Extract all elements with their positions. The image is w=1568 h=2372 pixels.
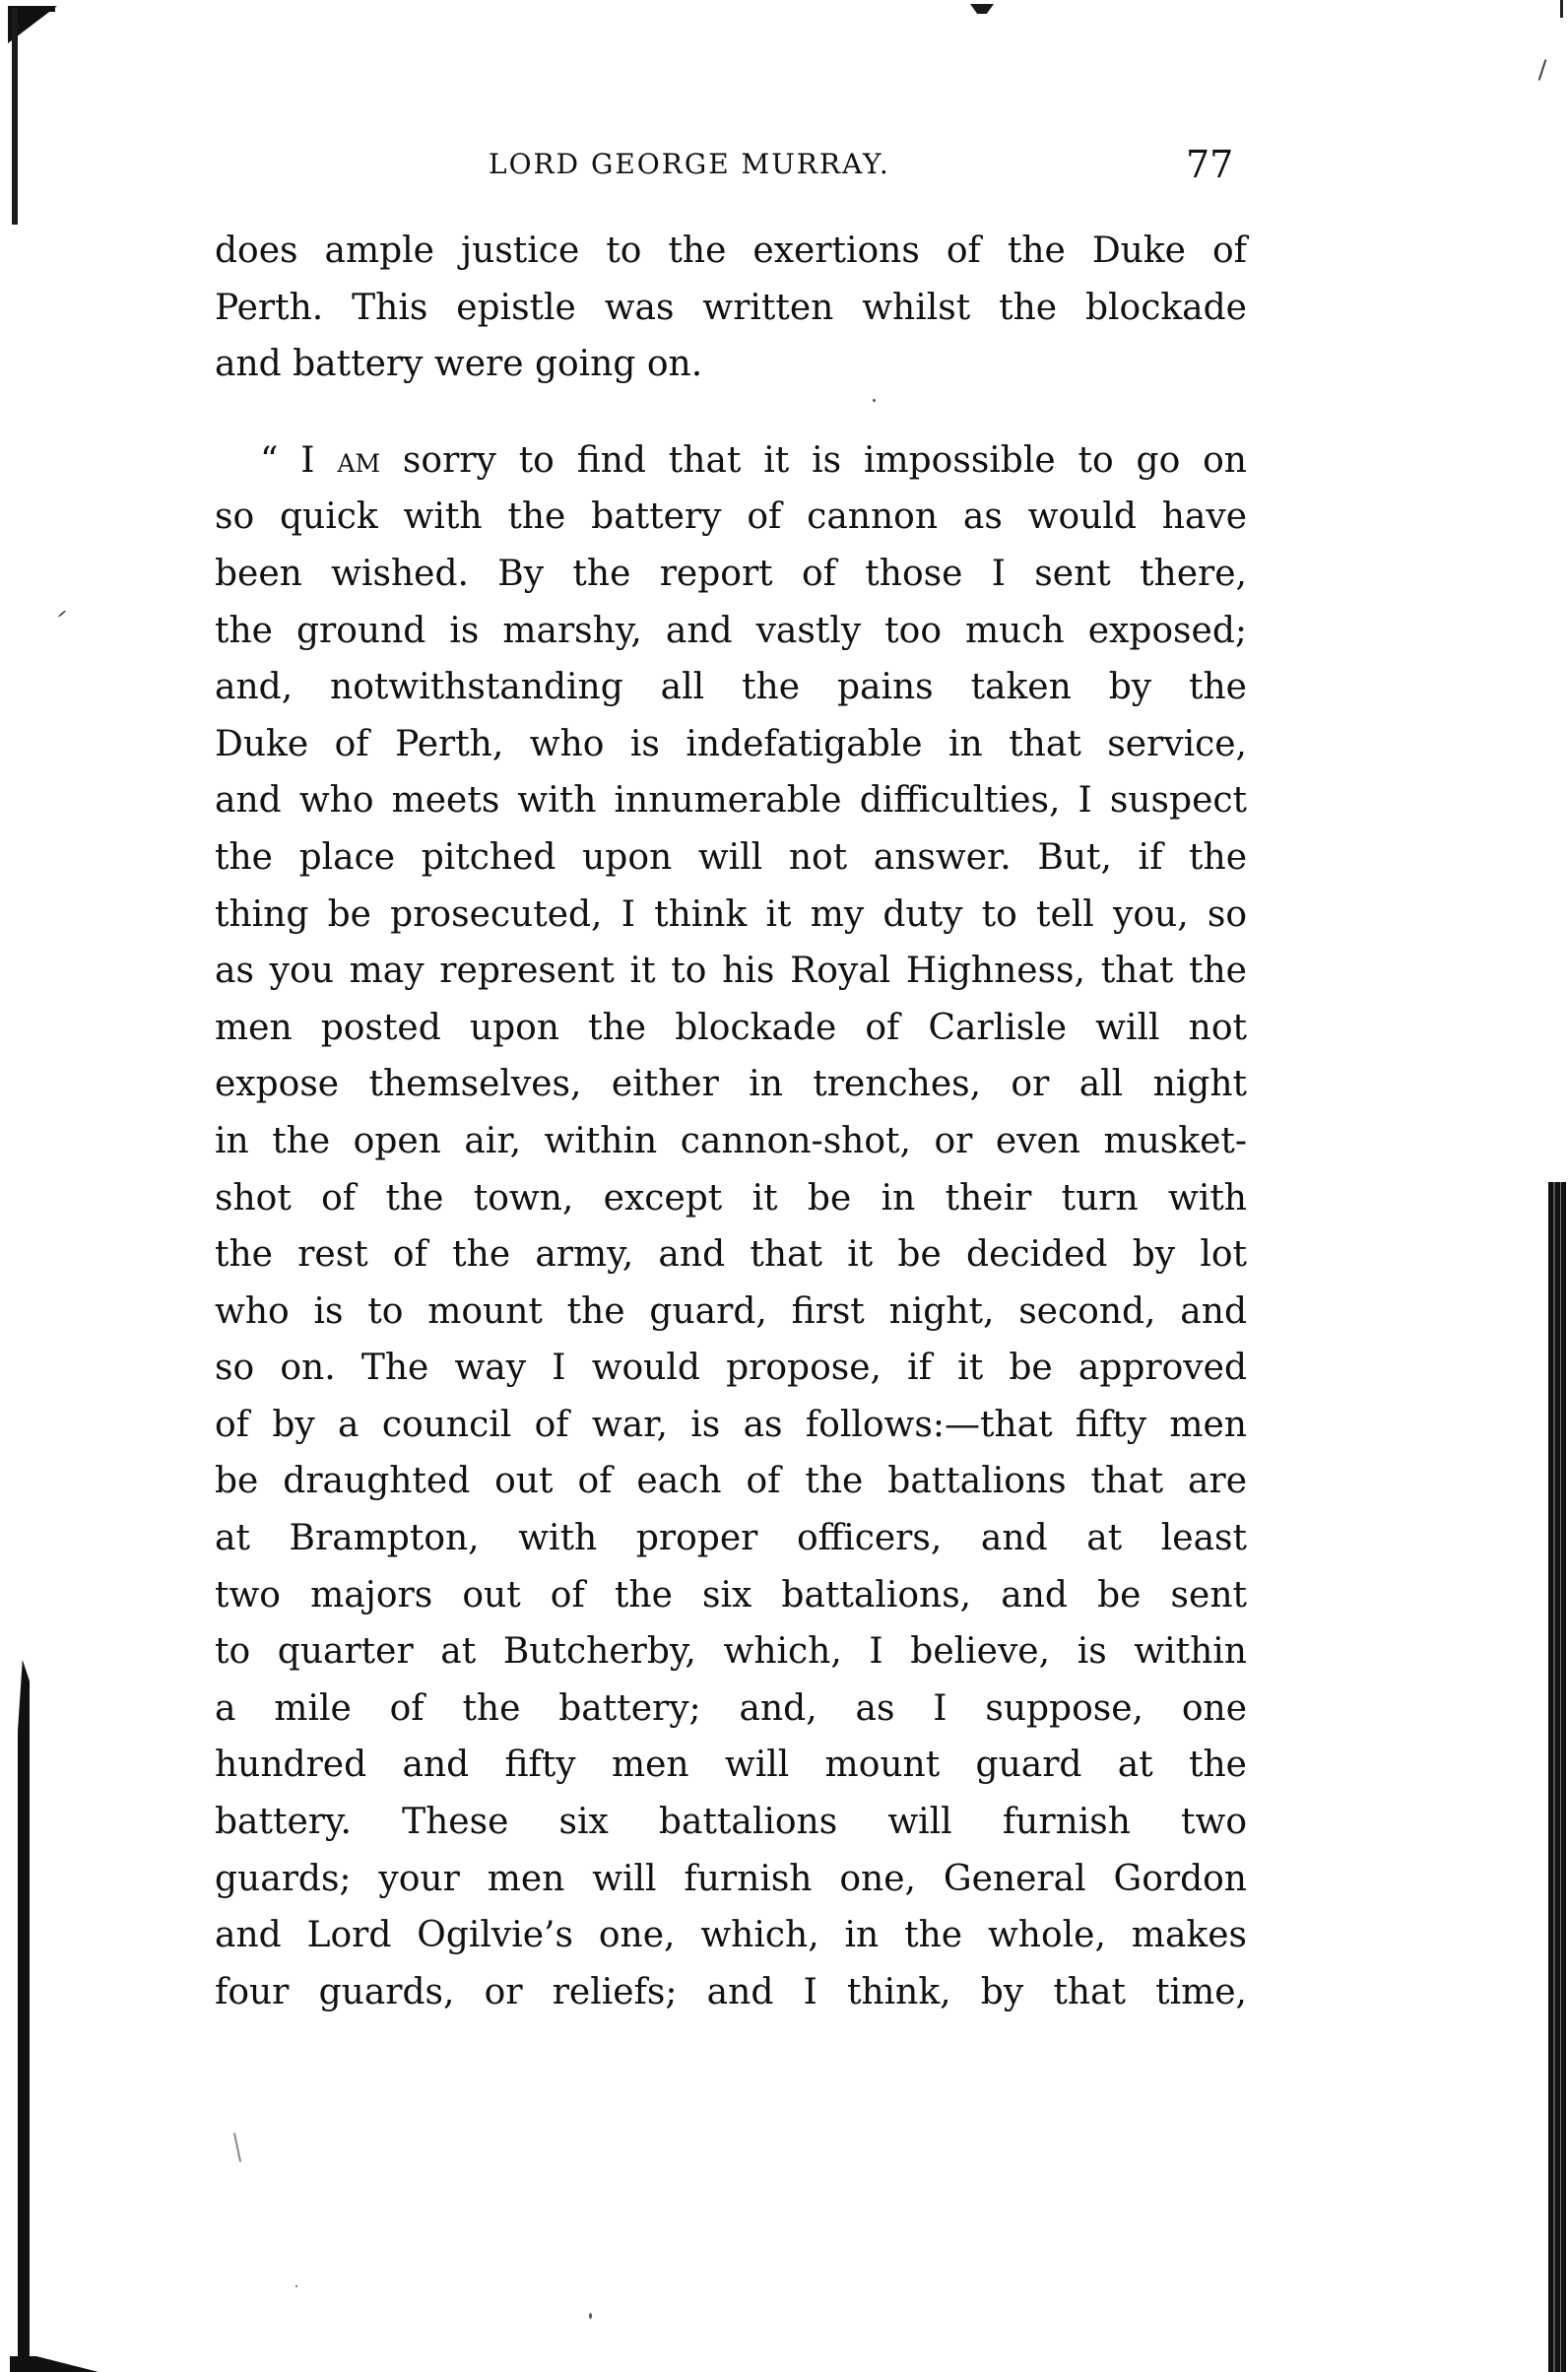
text-line: be draughted out of each of the battalio… <box>215 1453 1247 1510</box>
text-line: Perth. This epistle was written whilst t… <box>215 280 1247 337</box>
text-line: four guards, or reliefs; and I think, by… <box>215 1964 1247 2021</box>
text-line: in the open air, within cannon-shot, or … <box>215 1113 1247 1170</box>
text-line: so quick with the battery of cannon as w… <box>215 489 1247 546</box>
text-line: of by a council of war, is as follows:—t… <box>215 1397 1247 1454</box>
scan-mark-artifact <box>970 4 994 14</box>
page-number: 77 <box>1186 143 1233 186</box>
text-line: battery. These six battalions will furni… <box>215 1794 1247 1851</box>
text-line: Duke of Perth, who is indefatigable in t… <box>215 716 1247 773</box>
text-line: hundred and fifty men will mount guard a… <box>215 1737 1247 1794</box>
scan-corner-artifact <box>10 2356 98 2372</box>
opening-word-smallcaps: am <box>337 440 380 481</box>
text-line: two majors out of the six battalions, an… <box>215 1567 1247 1624</box>
text-line: a mile of the battery; and, as I suppose… <box>215 1680 1247 1738</box>
text-line: at Brampton, with proper officers, and a… <box>215 1510 1247 1567</box>
scan-speck <box>233 2133 241 2162</box>
quoted-letter-paragraph: “ I am sorry to find that it is impossib… <box>215 432 1247 2021</box>
opening-quote: “ <box>260 440 278 481</box>
scan-edge-artifact <box>1548 1182 1566 2372</box>
text-line: who is to mount the guard, first night, … <box>215 1284 1247 1341</box>
scan-speck <box>589 2313 592 2319</box>
text-line: guards; your men will furnish one, Gener… <box>215 1851 1247 1908</box>
text-line: does ample justice to the exertions of t… <box>215 223 1247 280</box>
text-line: the rest of the army, and that it be dec… <box>215 1226 1247 1284</box>
running-head: LORD GEORGE MURRAY. <box>489 148 890 180</box>
text-line: thing be prosecuted, I think it my duty … <box>215 887 1247 944</box>
text-line: been wished. By the report of those I se… <box>215 546 1247 603</box>
scan-mark-artifact <box>1538 59 1547 81</box>
body-text: does ample justice to the exertions of t… <box>215 223 1247 2020</box>
text-line: and who meets with innumerable difficult… <box>215 772 1247 829</box>
text-line: men posted upon the blockade of Carlisle… <box>215 1000 1247 1057</box>
opening-word: I <box>300 440 314 481</box>
scan-edge-artifact <box>1560 0 1563 18</box>
paragraph: does ample justice to the exertions of t… <box>215 223 1247 393</box>
text-line: the ground is marshy, and vastly too muc… <box>215 603 1247 660</box>
scan-edge-artifact <box>12 8 18 225</box>
text-line: the place pitched upon will not answer. … <box>215 829 1247 887</box>
text-line: expose themselves, either in trenches, o… <box>215 1056 1247 1113</box>
text-line-opening: “ I am sorry to find that it is impossib… <box>215 432 1247 490</box>
text-line: so on. The way I would propose, if it be… <box>215 1340 1247 1397</box>
scan-speck <box>58 610 67 618</box>
text-line: and Lord Ogilvie’s one, which, in the wh… <box>215 1907 1247 1964</box>
text-line: and, notwithstanding all the pains taken… <box>215 659 1247 716</box>
text-line: as you may represent it to his Royal Hig… <box>215 943 1247 1000</box>
text-line: to quarter at Butcherby, which, I believ… <box>215 1623 1247 1680</box>
scan-speck <box>295 2285 297 2287</box>
opening-line-rest: sorry to find that it is impossible to g… <box>380 440 1247 481</box>
text-line: and battery were going on. <box>215 336 1247 393</box>
scan-edge-artifact <box>18 1660 30 2369</box>
text-line: shot of the town, except it be in their … <box>215 1170 1247 1227</box>
